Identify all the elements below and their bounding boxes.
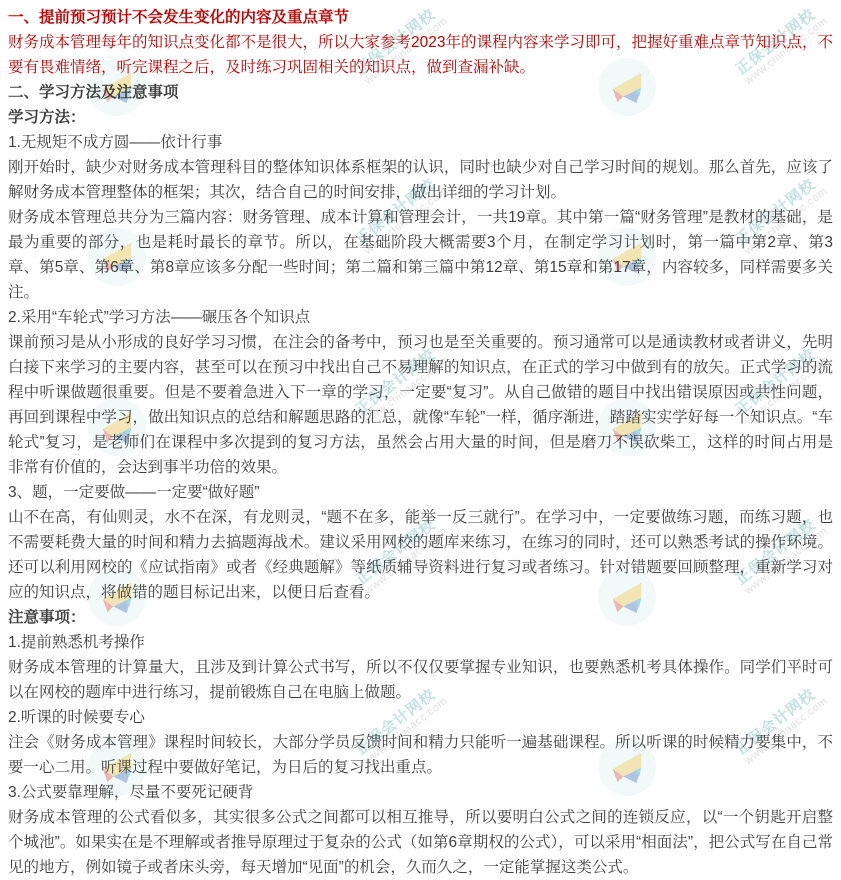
para-method-1b: 财务成本管理总共分为三篇内容：财务管理、成本计算和管理会计，一共19章。其中第一… xyxy=(8,205,833,305)
document-content: 一、提前预习预计不会发生变化的内容及重点章节 财务成本管理每年的知识点变化都不是… xyxy=(0,0,841,880)
para-method-3: 山不在高，有仙则灵，水不在深，有龙则灵，“题不在多，能举一反三就行”。在学习中，… xyxy=(8,505,833,605)
para-section-1: 财务成本管理每年的知识点变化都不是很大，所以大家参考2023年的课程内容来学习即… xyxy=(8,30,833,80)
subheading-notes: 注意事项： xyxy=(8,605,833,630)
item-method-2-title: 2.采用“车轮式”学习方法——碾压各个知识点 xyxy=(8,305,833,330)
para-method-1a: 刚开始时，缺少对财务成本管理科目的整体知识体系框架的认识，同时也缺少对自己学习时… xyxy=(8,155,833,205)
para-note-3: 财务成本管理的公式看似多，其实很多公式之间都可以相互推导，所以要明白公式之间的连… xyxy=(8,805,833,880)
heading-section-1: 一、提前预习预计不会发生变化的内容及重点章节 xyxy=(8,5,833,30)
item-note-3-title: 3.公式要靠理解，尽量不要死记硬背 xyxy=(8,780,833,805)
para-note-2: 注会《财务成本管理》课程时间较长，大部分学员反馈时间和精力只能听一遍基础课程。所… xyxy=(8,730,833,780)
item-note-2-title: 2.听课的时候要专心 xyxy=(8,705,833,730)
document-page: 正保会计网校www.chinaacc.com 正保会计网校www.chinaac… xyxy=(0,0,841,880)
para-method-2: 课前预习是从小形成的良好学习习惯，在注会的备考中，预习也是至关重要的。预习通常可… xyxy=(8,330,833,480)
item-method-3-title: 3、题，一定要做——一定要“做好题” xyxy=(8,480,833,505)
para-note-1: 财务成本管理的计算量大，且涉及到计算公式书写，所以不仅仅要掌握专业知识，也要熟悉… xyxy=(8,655,833,705)
subheading-study-methods: 学习方法： xyxy=(8,105,833,130)
item-method-1-title: 1.无规矩不成方圆——依计行事 xyxy=(8,130,833,155)
heading-section-2: 二、学习方法及注意事项 xyxy=(8,80,833,105)
item-note-1-title: 1.提前熟悉机考操作 xyxy=(8,630,833,655)
